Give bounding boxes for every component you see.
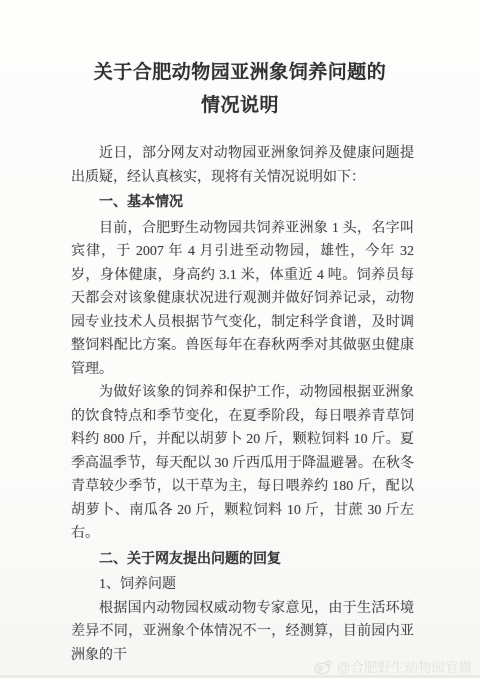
document-title-line1: 关于合肥动物园亚洲象饲养问题的 — [40, 56, 440, 89]
document-title-line2: 情况说明 — [40, 89, 440, 122]
paragraph-feeding-plan: 为做好该象的饲养和保护工作，动物园根据亚洲象的饮食特点和季节变化，在夏季阶段，每… — [71, 381, 414, 546]
document-title: 关于合肥动物园亚洲象饲养问题的 情况说明 — [40, 56, 440, 122]
document-body: 近日，部分网友对动物园亚洲象饲养及健康问题提出质疑，经认真核实，现将有关情况说明… — [71, 142, 414, 667]
weibo-watermark: @合肥野生动物园官微 — [313, 656, 472, 676]
paragraph-elephant-profile: 目前，合肥野生动物园共饲养亚洲象 1 头，名字叫宾律，于 2007 年 4 月引… — [71, 217, 414, 382]
subheading-feeding-issue: 1、饲养问题 — [71, 573, 414, 597]
section-heading-replies: 二、关于网友提出问题的回复 — [71, 548, 414, 572]
weibo-watermark-text: @合肥野生动物园官微 — [337, 656, 472, 676]
section-heading-basic-info: 一、基本情况 — [71, 191, 414, 215]
paragraph-intro: 近日，部分网友对动物园亚洲象饲养及健康问题提出质疑，经认真核实，现将有关情况说明… — [71, 142, 414, 189]
document-photo: 关于合肥动物园亚洲象饲养问题的 情况说明 近日，部分网友对动物园亚洲象饲养及健康… — [0, 0, 480, 678]
weibo-logo-icon — [313, 658, 333, 675]
